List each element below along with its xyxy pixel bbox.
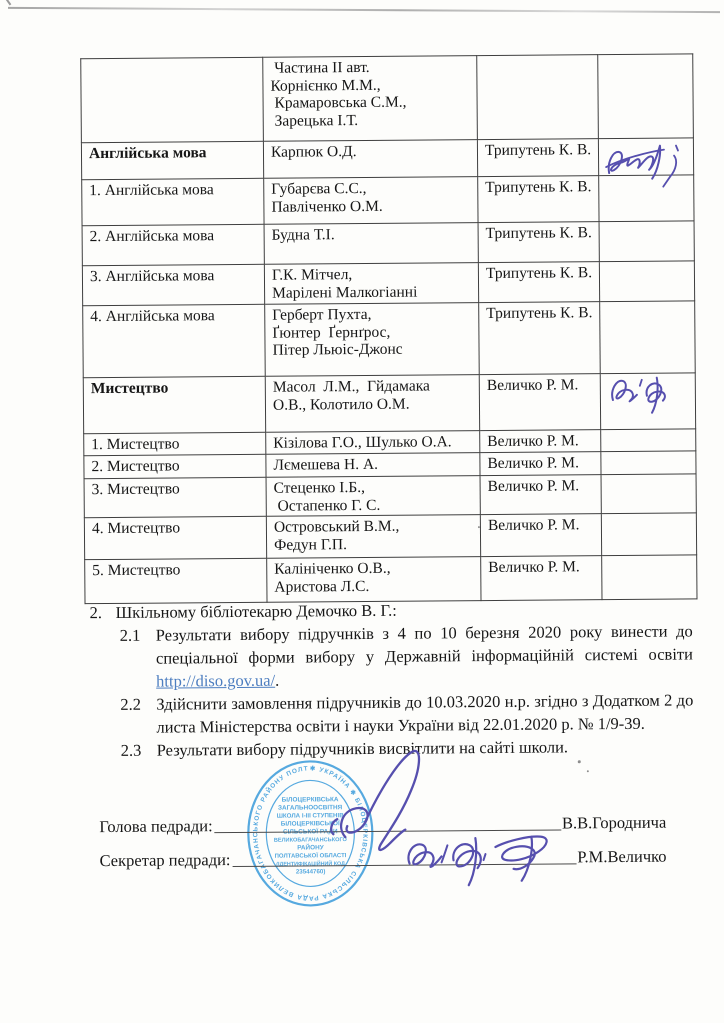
authors-cell: Кізілова Г.О., Шулько О.А. bbox=[266, 431, 480, 455]
signature-cell bbox=[601, 429, 696, 452]
authors-cell: Карпюк О.Д. bbox=[263, 140, 477, 179]
authors-cell: Стеценко І.Б., Остапенко Г. С. bbox=[266, 476, 480, 517]
subject-cell: 1. Англійська мова bbox=[82, 178, 264, 225]
teacher-cell: Величко Р. М. bbox=[480, 452, 601, 476]
note-number: 2.2 bbox=[120, 693, 141, 716]
scan-artifact-dot bbox=[587, 770, 589, 772]
subject-cell: 2. Англійська мова bbox=[82, 224, 264, 265]
scan-artifact-dot bbox=[578, 760, 581, 763]
authors-cell: Лємешева Н. А. bbox=[266, 453, 480, 478]
signature-cell bbox=[602, 555, 697, 600]
authors-cell: Будна Т.І. bbox=[264, 223, 478, 265]
subject-cell: Мистецтво bbox=[83, 376, 265, 433]
subject-cell: 4. Англійська мова bbox=[83, 304, 266, 377]
note-item-2-2: 2.2 Здійснити замовлення підручників до … bbox=[86, 688, 693, 739]
note-text: . bbox=[275, 671, 279, 690]
teacher-cell: Величко Р. М. bbox=[480, 514, 601, 557]
scan-artifact-dot bbox=[478, 526, 480, 528]
note-item-2-1: 2.1 Результати вибору підручнків з 4 по … bbox=[86, 619, 694, 693]
note-text: Шкільному бібліотекарю Демочко В. Г.: bbox=[116, 601, 397, 622]
table-row: 3. Мистецтво Стеценко І.Б., Остапенко Г.… bbox=[84, 474, 696, 518]
scanned-document-page: Частина ІІ авт. Корнієнко М.М., Крамаров… bbox=[0, 0, 724, 1023]
teacher-cell: Трипутень К. В. bbox=[477, 139, 598, 177]
teacher-cell: Трипутень К. В. bbox=[478, 262, 599, 303]
note-text: Результати вибору підручнків з 4 по 10 б… bbox=[156, 621, 693, 667]
subject-cell: 1. Мистецтво bbox=[84, 432, 266, 455]
subject-cell: Англійська мова bbox=[81, 141, 263, 179]
table-row: 4. Англійська мова Герберт Пухта, Ґюнтер… bbox=[83, 301, 696, 378]
teacher-cell: Трипутень К. В. bbox=[478, 222, 599, 263]
subject-cell: 5. Мистецтво bbox=[85, 558, 267, 603]
table-row: 2. Англійська мова Будна Т.І. Трипутень … bbox=[82, 221, 694, 266]
authors-cell: Масол Л.М., Гйдамака О.В., Колотило О.М. bbox=[265, 375, 479, 433]
authors-cell: Герберт Пухта, Ґюнтер Ґернґрос, Пітер Ль… bbox=[265, 303, 480, 377]
teacher-cell: Величко Р. М. bbox=[481, 556, 602, 601]
signature-cell bbox=[598, 54, 694, 139]
authors-cell: Калініченко О.В., Аристова Л.С. bbox=[267, 557, 481, 603]
secretary-label: Секретар педради: bbox=[99, 849, 230, 872]
signature-cell bbox=[599, 221, 694, 262]
note-text: Здійснити замовлення підручників до 10.0… bbox=[156, 690, 693, 736]
handwritten-signature bbox=[602, 138, 702, 191]
textbook-selection-table: Частина ІІ авт. Корнієнко М.М., Крамаров… bbox=[80, 53, 697, 604]
teacher-cell bbox=[477, 55, 599, 140]
diso-link[interactable]: http://diso.gov.ua/ bbox=[156, 671, 275, 691]
authors-cell: Губарєва С.С., Павліченко О.М. bbox=[264, 177, 478, 225]
signature-cell bbox=[601, 513, 696, 556]
teacher-cell: Трипутень К. В. bbox=[479, 302, 601, 375]
handwritten-signature bbox=[323, 740, 604, 902]
subject-cell: 2. Мистецтво bbox=[84, 454, 266, 478]
subject-cell: 3. Мистецтво bbox=[84, 477, 266, 517]
note-number: 2.3 bbox=[121, 739, 142, 762]
table-row: 3. Англійська мова Г.К. Мітчел, Марілені… bbox=[82, 261, 694, 306]
signature-cell bbox=[601, 451, 696, 475]
chair-label: Голова педради: bbox=[99, 815, 213, 838]
notes-section: 2. Шкільному бібліотекарю Демочко В. Г.:… bbox=[85, 596, 693, 762]
authors-cell: Г.К. Мітчел, Марілені Малкогіанні bbox=[264, 263, 478, 305]
note-number: 2. bbox=[89, 601, 102, 624]
table-row: 4. Мистецтво Островський В.М., Федун Г.П… bbox=[84, 513, 696, 560]
note-number: 2.1 bbox=[120, 624, 141, 647]
teacher-cell: Трипутень К. В. bbox=[478, 176, 599, 223]
signature-cell bbox=[599, 261, 694, 302]
table-row: Частина ІІ авт. Корнієнко М.М., Крамаров… bbox=[81, 54, 694, 143]
signature-cell bbox=[600, 301, 696, 374]
authors-cell: Островський В.М., Федун Г.П. bbox=[266, 515, 480, 559]
teacher-cell: Величко Р. М. bbox=[480, 430, 601, 453]
signature-cell bbox=[601, 474, 696, 514]
handwritten-signature bbox=[604, 369, 676, 418]
authors-cell: Частина ІІ авт. Корнієнко М.М., Крамаров… bbox=[263, 56, 478, 142]
teacher-cell: Величко Р. М. bbox=[479, 374, 600, 431]
subject-cell: 3. Англійська мова bbox=[82, 264, 264, 305]
teacher-cell: Величко Р. М. bbox=[480, 475, 601, 515]
subject-cell bbox=[81, 57, 264, 142]
subject-cell: 4. Мистецтво bbox=[84, 516, 266, 559]
